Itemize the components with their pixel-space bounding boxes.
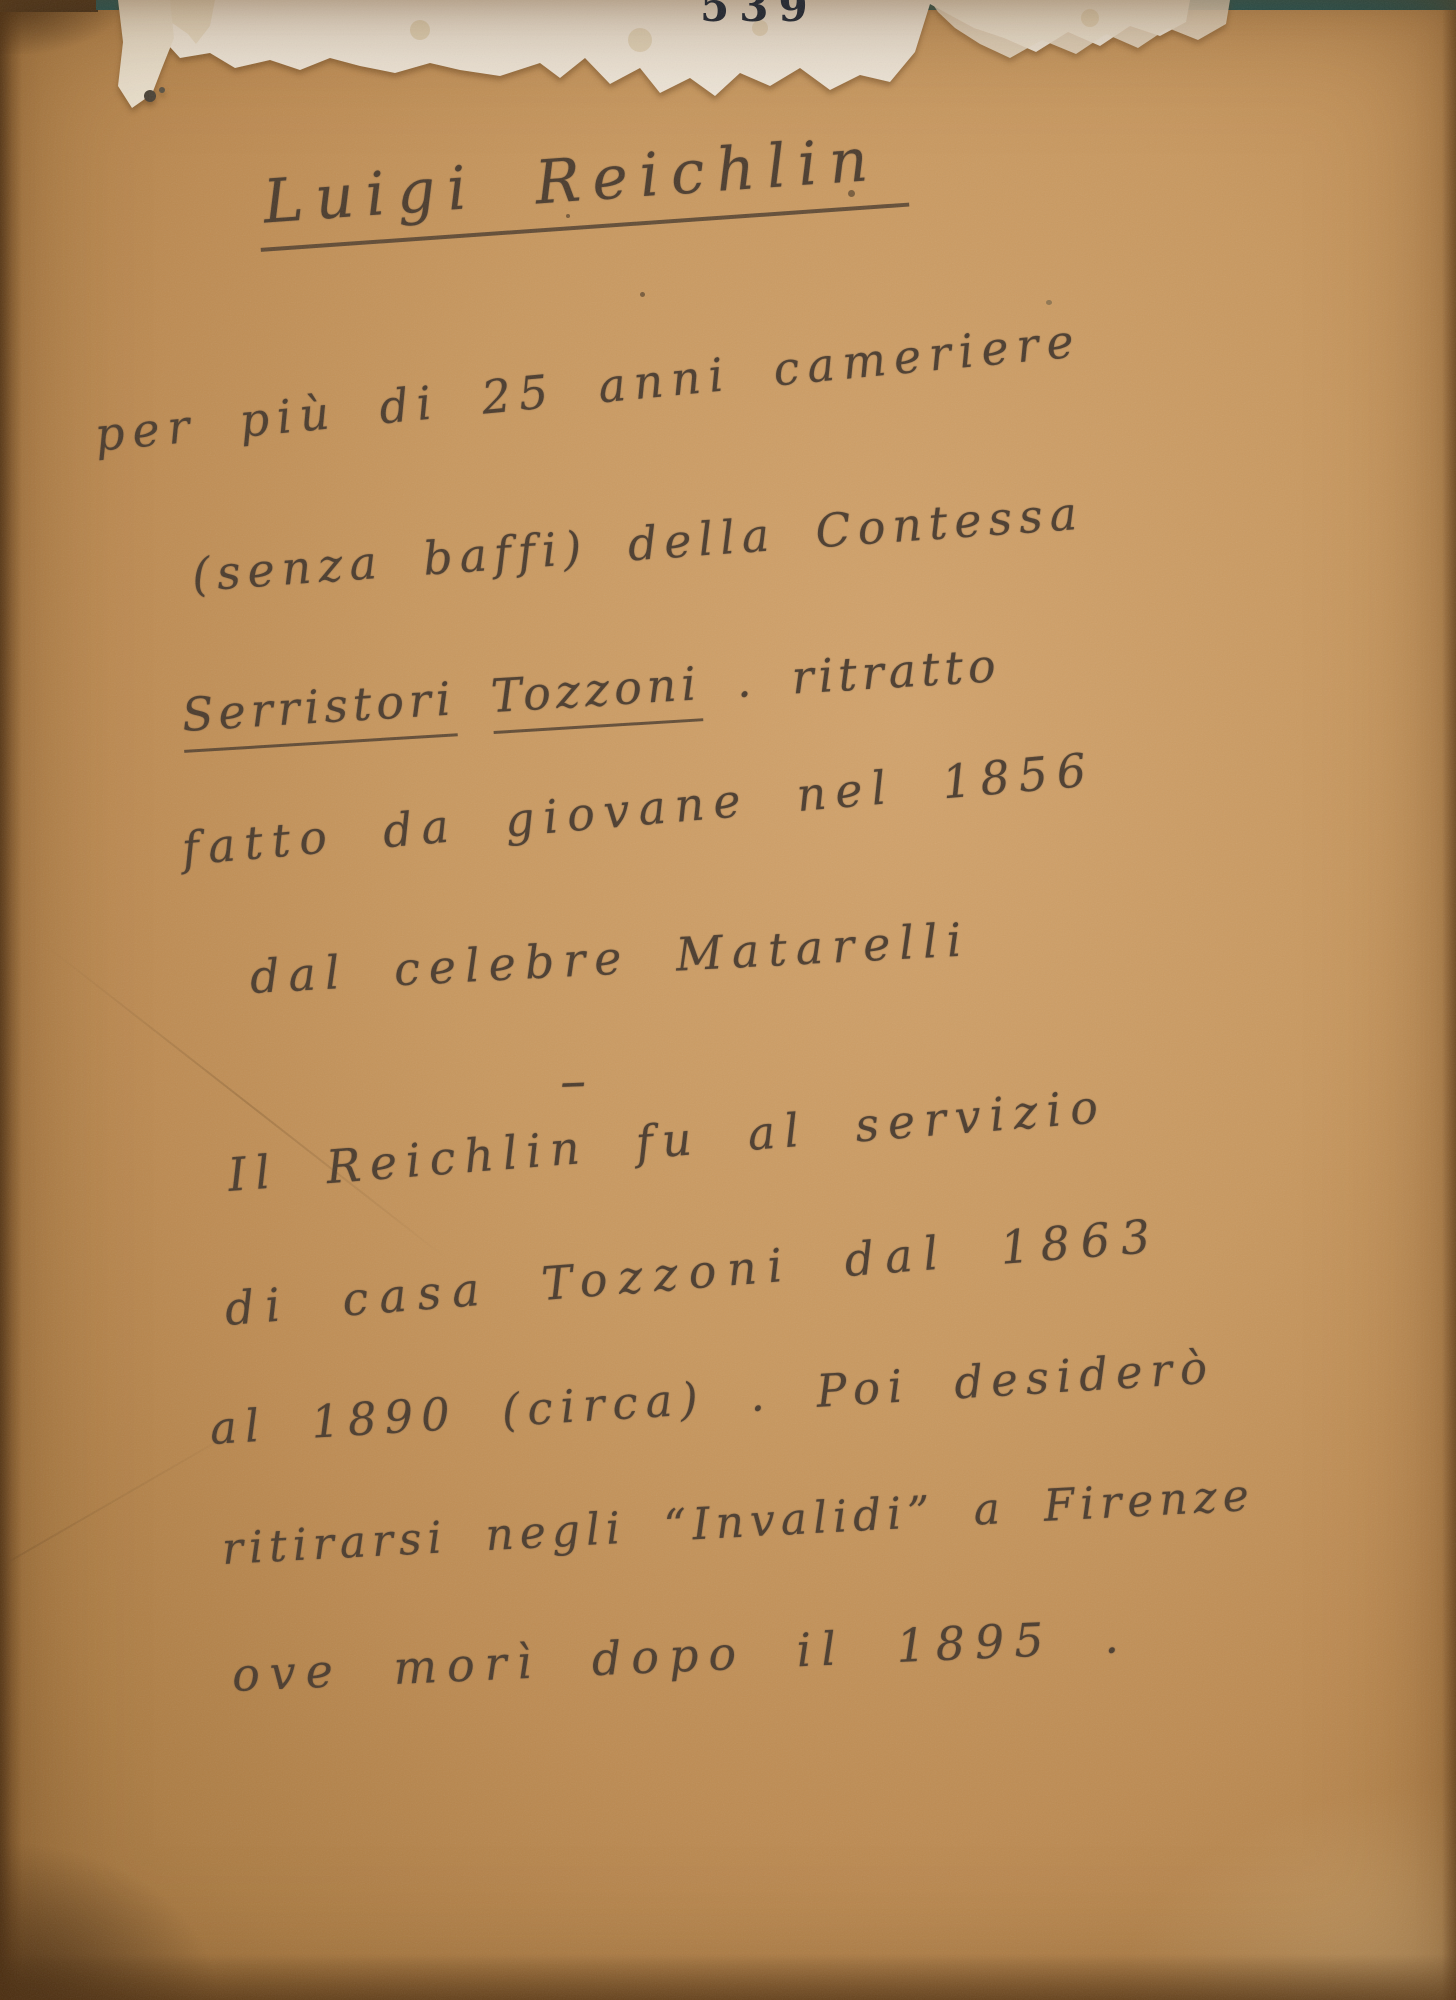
underlined-name-tozzoni: Tozzoni [489, 656, 703, 734]
catalog-number: 539 [700, 0, 818, 31]
paragraph-separator-dash: – [559, 1051, 587, 1112]
manuscript-page: 539 Luigi Reichlin per più di 25 anni ca… [0, 0, 1456, 2000]
photo-vignette [0, 0, 1456, 2000]
